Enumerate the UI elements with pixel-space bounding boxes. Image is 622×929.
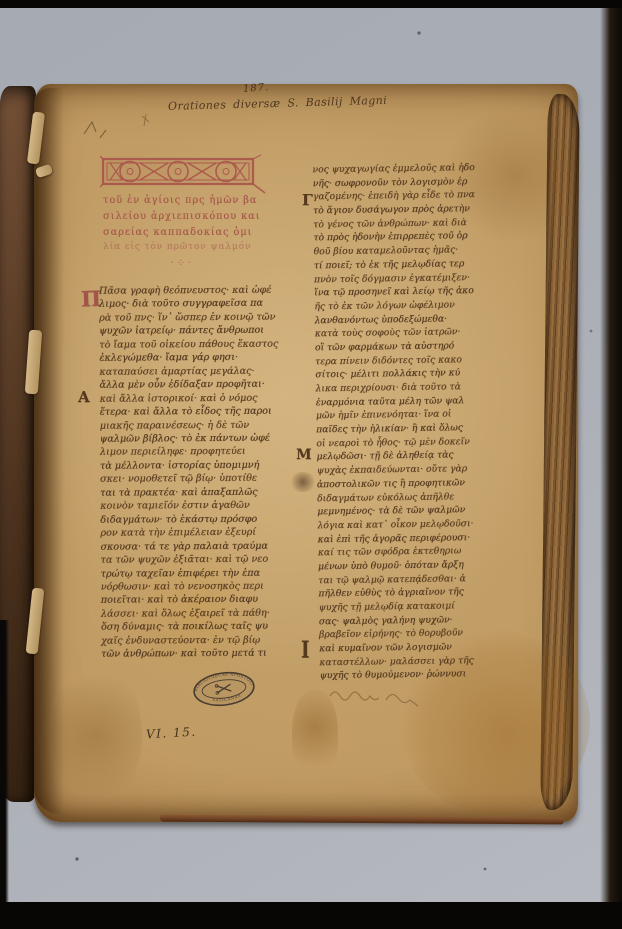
text-line: ρον κατὰ τὴν ἐπιμέλειαν ἐξευρί (100, 526, 310, 541)
text-line: ἐκλεγώμεθα· ἴαμα γάρ φησι· (99, 351, 309, 366)
headpiece-ornament (100, 154, 268, 194)
text-line: λιμον περιείληφε· προφητεύει (100, 445, 310, 460)
text-line: λάσσει· καὶ ὅλως ἐξαιρεῖ τὰ πάθη· (101, 606, 311, 621)
film-edge-top (0, 0, 622, 8)
film-edge-right (600, 8, 622, 903)
text-line: καταπαύσει ἁμαρτίας μεγάλας· (99, 364, 309, 379)
text-line: τὰ μέλλοντα· ἱστορίας ὑπομιμνή (100, 458, 310, 473)
text-line: διδαγμάτων· τὸ ἑκάστῳ πρόσφο (100, 512, 310, 527)
text-line: μιακῆς παραινέσεως· ἡ δὲ τῶν (100, 418, 310, 433)
text-line: τῶν ἀνθρώπων· καὶ τοῦτο μετά τι (101, 647, 311, 662)
text-line: νόρθωσιν· καὶ τὸ νενοσηκὸς περι (101, 579, 311, 594)
text-line: Πᾶσα γραφὴ θεόπνευστος· καὶ ὠφέ (99, 283, 309, 298)
text-line: ψυχῆς τὸ θυμούμενον· ῥώννυσι (319, 667, 499, 683)
rubric-line: σιλείου ἀρχιεπισκόπου και (103, 209, 261, 225)
text-line: σκουσα· τά τε γὰρ παλαιὰ τραύμα (100, 539, 310, 554)
text-column-right: νος ψυχαγωγίας ἐμμελοῦς καὶ ἡδονῆς· σωφρ… (312, 161, 499, 684)
text-line: καὶ ἄλλα ἱστορικοί· καὶ ὁ νόμος (100, 391, 310, 406)
rubric-line: λία εἰς τὸν πρῶτον ψαλμόν (103, 240, 261, 256)
text-line: τα τῶν ψυχῶν ἐξιᾶται· καὶ τῷ νεο (100, 552, 310, 567)
text-line: σκει· νομοθετεῖ τῷ βίῳ· ὑποτίθε (100, 472, 310, 487)
text-line: λιμος· διὰ τοῦτο συγγραφεῖσα πα (99, 297, 309, 312)
library-stamp: BIBLIOTHECAE APOSTOLICAE VATICANAE (188, 664, 261, 714)
text-line: ἄλλα μὲν οὖν ἐδίδαξαν προφῆται· (99, 378, 309, 393)
text-line: ψαλμῶν βίβλος· τὸ ἐκ πάντων ὠφέ (100, 431, 310, 446)
text-column-left: Πᾶσα γραφὴ θεόπνευστος· καὶ ὠφέλιμος· δι… (99, 283, 311, 661)
text-line: ψυχῶν ἰατρείῳ· πάντες ἄνθρωποι (99, 324, 309, 339)
text-line: ἕτερα· καὶ ἄλλα τὸ εἶδος τῆς παροι (100, 404, 310, 419)
gutter-shadow (34, 88, 64, 814)
rubric-title: τοῦ ἐν ἁγίοις πρς ἡμῶν βασιλείου ἀρχιεπι… (103, 193, 261, 272)
marginal-initial-gamma: Γ (302, 191, 313, 209)
folio-number: 187. (243, 82, 270, 95)
text-line: χαῖς ἐνδυναστεύοντα· ἐν τῷ βίῳ (101, 633, 311, 648)
text-line: τὸ πρὸς ἡδονὴν ἐπιρρεπὲς τοῦ ὀρ (313, 229, 493, 245)
text-line: τὸ ἴαμα τοῦ οἰκείου πάθους ἕκαστος (99, 337, 309, 352)
text-line: κοινὸν ταμιεῖόν ἐστιν ἀγαθῶν (100, 499, 310, 514)
rubric-line: σαρείας καππαδοκίας ὁμι (103, 225, 261, 241)
text-line: ὅση δύναμις· τὰ ποικίλως ταῖς ψυ (101, 620, 311, 635)
text-line: ρὰ τοῦ πνς· ἵν᾽ ὥσπερ ἐν κοινῷ τῶν (99, 310, 309, 325)
text-line: ἵνα τῷ προσηνεῖ καὶ λείῳ τῆς ἀκο (314, 284, 494, 300)
film-edge-bottom (0, 902, 622, 929)
marginal-initial-alpha: Α (78, 388, 90, 406)
rubric-line: ·⁘· (103, 256, 261, 272)
rubric-line: τοῦ ἐν ἁγίοις πρς ἡμῶν βα (103, 193, 261, 209)
text-line: ται τὰ πρακτέα· καὶ ἁπαξαπλῶς (100, 485, 310, 500)
text-line: λόγια καὶ κατ᾽ οἶκον μελῳδοῦσι· (317, 517, 497, 533)
text-line: ποιεῖται· καὶ τὸ ἀκέραιον διαφυ (101, 593, 311, 608)
film-edge-left (0, 620, 9, 903)
shelfmark-note: VI. 15. (146, 725, 197, 742)
text-line: τρώτῳ ταχεῖαν ἐπιφέρει τὴν ἐπα (101, 566, 311, 581)
